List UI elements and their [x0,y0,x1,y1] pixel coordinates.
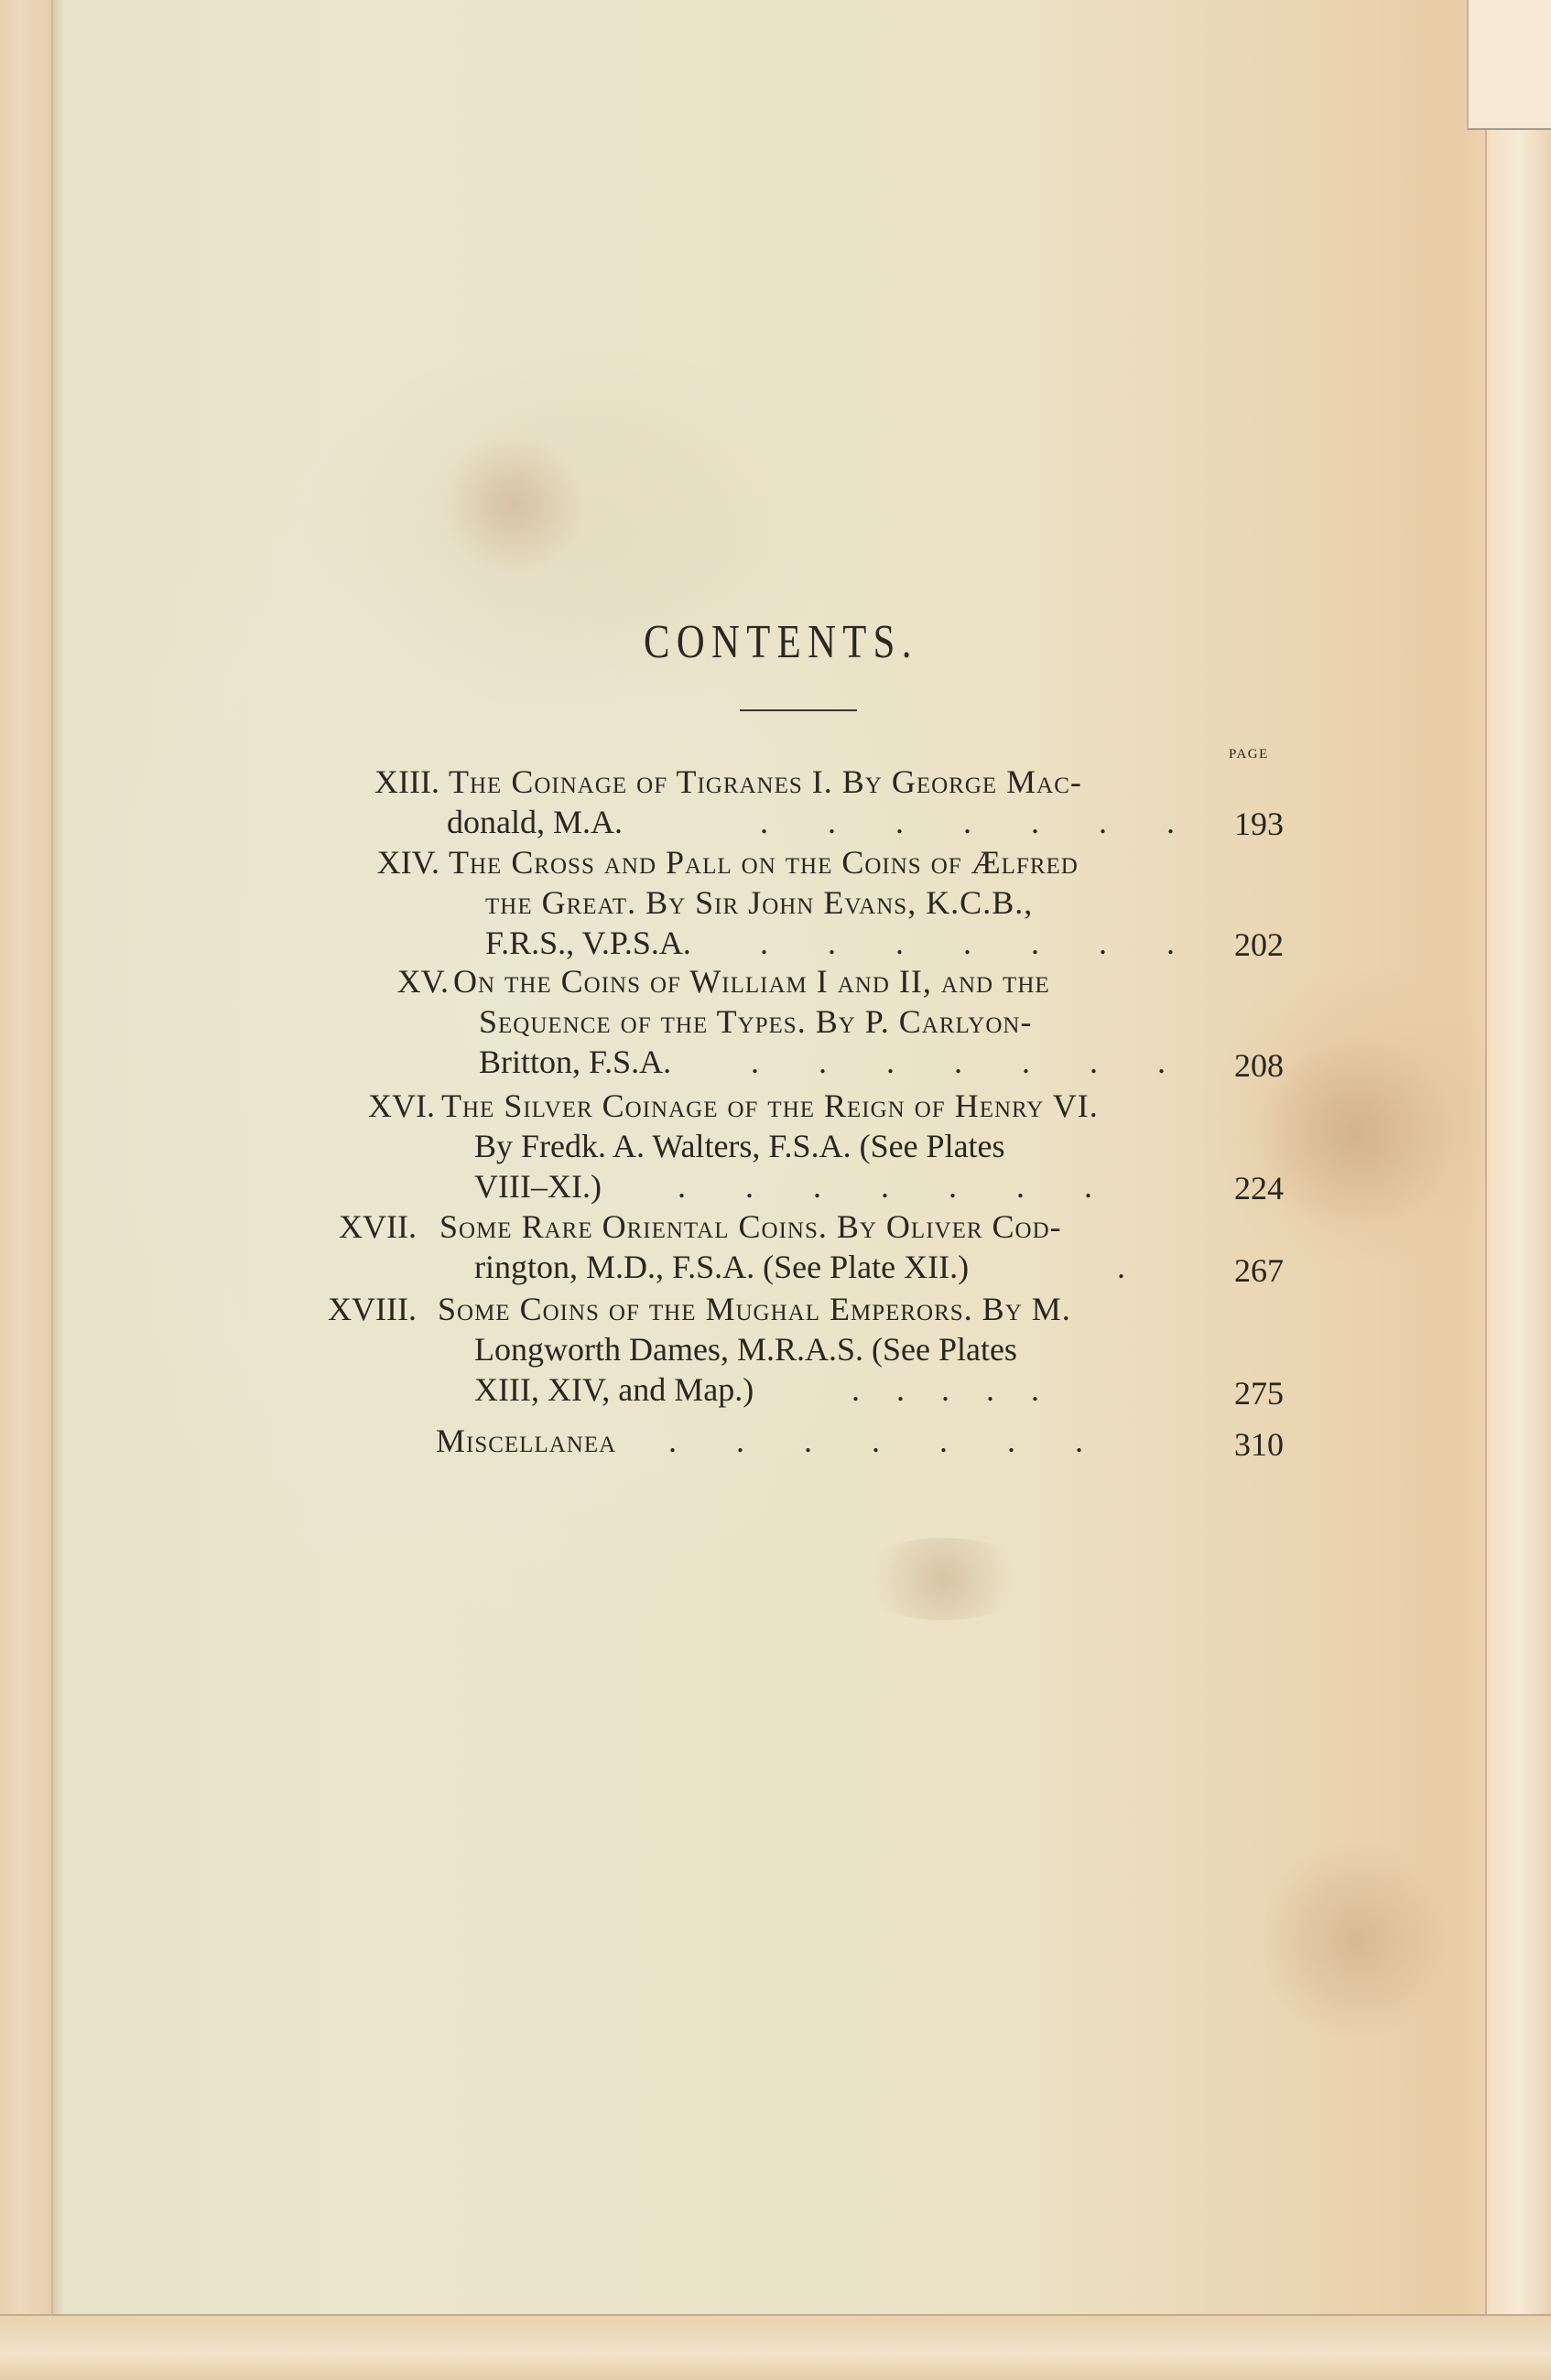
foxing-stain [1254,1034,1456,1236]
entry-page-number[interactable]: 224 [1201,1168,1284,1208]
entry-numeral: XIII. [311,762,439,802]
entry-title-line: On the Coins of William I and II, and th… [453,961,1050,1001]
binding-edge [0,0,53,2380]
leader-dots: . . . . . . . [668,1421,1109,1461]
entry-title-line: donald, M.A. [447,802,623,842]
leader-dots: . . . . . . . [760,923,1200,963]
page-column-label: PAGE [1229,747,1269,763]
entry-numeral: XV. [320,961,449,1001]
entry-title-line: the Great. By Sir John Evans, K.C.B., [485,882,1033,923]
leader-dots: . . . . . . . [751,1042,1191,1082]
torn-right-edge [1485,0,1551,2380]
leader-dots: . [1117,1247,1151,1287]
leader-dots: . . . . . . . [760,802,1200,842]
leader-dots: ..... [851,1369,1076,1410]
scanned-page: CONTENTS. PAGE XIII. The Coinage of Tigr… [0,0,1551,2380]
title-rule [740,709,857,711]
leader-dots: . . . . . . . [678,1166,1118,1206]
entry-page-number[interactable]: 310 [1201,1424,1284,1465]
entry-page-number[interactable]: 275 [1201,1373,1284,1413]
entry-page-number[interactable]: 267 [1201,1250,1284,1291]
foxing-stain [851,1538,1035,1620]
page-title: CONTENTS. [145,615,1416,669]
entry-title-line: The Silver Coinage of the Reign of Henry… [441,1086,1099,1126]
entry-numeral: XVII. [288,1206,417,1247]
entry-title-line: By Fredk. A. Walters, F.S.A. (See Plates [474,1126,1005,1166]
entry-title-line: The Coinage of Tigranes I. By George Mac… [449,762,1205,802]
entry-title-line: Britton, F.S.A. [479,1042,671,1082]
entry-title-line: VIII–XI.) [474,1166,602,1206]
entry-numeral: XIV. [311,842,439,882]
entry-title-line: Sequence of the Types. By P. Carlyon- [479,1001,1032,1042]
entry-title-line: Miscellanea [436,1421,616,1461]
entry-title-line: F.R.S., V.P.S.A. [485,923,691,963]
foxing-stain [1264,1831,1447,2050]
entry-title-line: rington, M.D., F.S.A. (See Plate XII.) [474,1247,969,1287]
entry-page-number[interactable]: 193 [1201,804,1284,844]
entry-title-line: XIII, XIV, and Map.) [474,1369,754,1410]
entry-title-line: Some Rare Oriental Coins. By Oliver Cod- [439,1206,1062,1247]
entry-title-line: The Cross and Pall on the Coins of Ælfre… [449,842,1079,882]
entry-title-line: Longworth Dames, M.R.A.S. (See Plates [474,1329,1017,1369]
bottom-edge [0,2314,1551,2380]
foxing-stain [439,430,586,577]
folded-corner [1467,0,1551,130]
entry-title-line: Some Coins of the Mughal Emperors. By M. [438,1289,1071,1329]
entry-numeral: XVIII. [288,1289,417,1329]
entry-page-number[interactable]: 202 [1201,925,1284,965]
entry-page-number[interactable]: 208 [1201,1045,1284,1086]
entry-numeral: XVI. [307,1086,435,1126]
